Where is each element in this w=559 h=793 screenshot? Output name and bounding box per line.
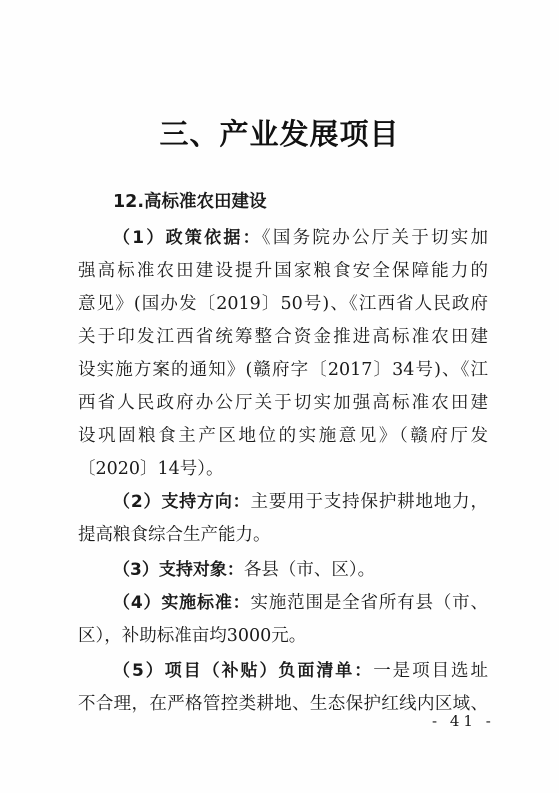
paragraph-text: 主要用于支持保护耕地地力， [251,492,489,512]
paragraph-text: 各县（市、区）。 [244,560,375,580]
negative-list-label: （5）项目（补贴）负面清单： [113,661,373,681]
paragraph-text: 实施范围是全省所有县（市、 [251,593,489,613]
section-title: 三、产业发展项目 [0,112,559,153]
paragraph-5-line: 不合理，在严格管控类耕地、生态保护红线内区域、 [78,692,488,716]
paragraph-1-line: 强高标准农田建设提升国家粮食安全保障能力的 [78,259,488,283]
paragraph-4-line: （4）实施标准：实施范围是全省所有县（市、 [113,591,488,615]
paragraph-4-line: 区），补助标准亩均3000元。 [78,624,488,648]
paragraph-1-line: 西省人民政府办公厅关于切实加强高标准农田建 [78,391,488,415]
paragraph-1-line: （1）政策依据：《国务院办公厅关于切实加 [113,226,488,250]
paragraph-3-line: （3）支持对象：各县（市、区）。 [113,558,488,582]
page-number: - 41 - [432,712,495,730]
paragraph-1-line: 设巩固粮食主产区地位的实施意见》（赣府厅发 [78,424,488,448]
support-direction-label: （2）支持方向： [113,492,251,512]
paragraph-1-line: 设实施方案的通知》(赣府字〔2017〕34号)、《江 [78,358,488,382]
paragraph-2-line: 提高粮食综合生产能力。 [78,523,488,547]
policy-basis-label: （1）政策依据： [113,228,262,248]
support-target-label: （3）支持对象： [113,560,244,580]
item-heading: 12.高标准农田建设 [113,188,267,213]
paragraph-text: 一是项目选址 [373,661,488,681]
paragraph-1-line: 〔2020〕14号）。 [78,457,488,481]
paragraph-text: 《国务院办公厅关于切实加 [262,228,488,248]
implementation-standard-label: （4）实施标准： [113,593,251,613]
paragraph-1-line: 关于印发江西省统筹整合资金推进高标准农田建 [78,325,488,349]
paragraph-5-line: （5）项目（补贴）负面清单：一是项目选址 [113,659,488,683]
paragraph-2-line: （2）支持方向：主要用于支持保护耕地地力， [113,490,488,514]
paragraph-1-line: 意见》(国办发〔2019〕50号)、《江西省人民政府 [78,292,488,316]
